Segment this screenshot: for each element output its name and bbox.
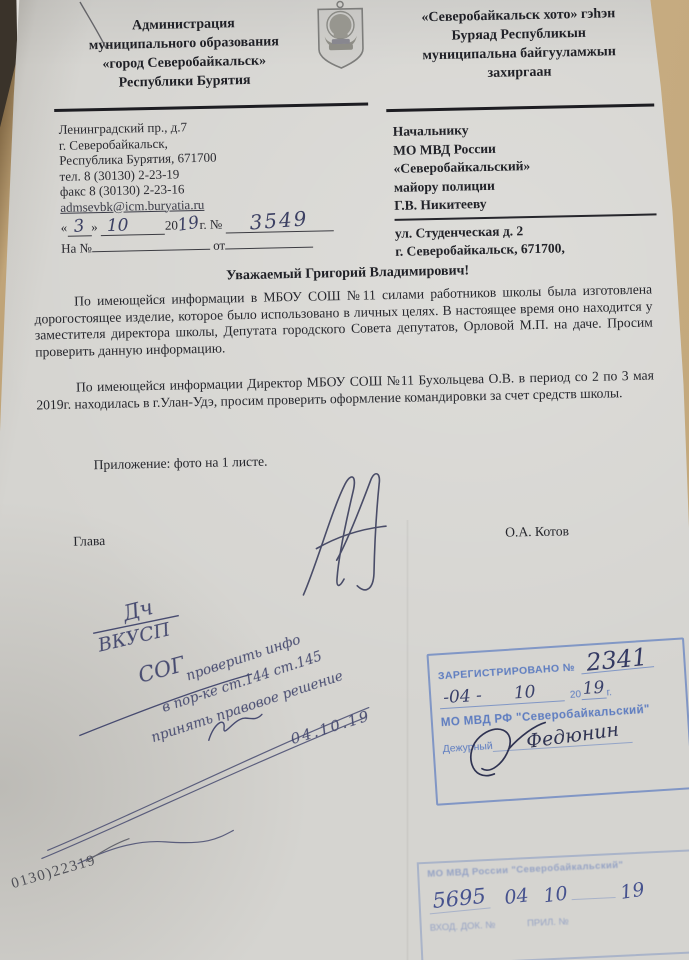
sender-block: Ленинградский пр., д.7 г. Северобайкальс… [58, 116, 361, 256]
stamp-number-handwritten: 2341 [580, 646, 655, 674]
incoming-number-handwritten: 5695 [427, 883, 491, 914]
stamp-year-printed: 20 [570, 689, 582, 701]
body-paragraph-1: По имеющейся информации в МБОУ СОШ №11 с… [34, 282, 653, 361]
stamp-month-handwritten: 10 [513, 682, 536, 703]
incoming-stamp: МО МВД России "Северобайкальский" 5695 0… [417, 849, 689, 960]
incoming-org-line: МО МВД России "Северобайкальский" [427, 856, 689, 880]
incoming-number-row: 5695 04 10 19 [428, 875, 689, 913]
letterhead-left-org: Администрация муниципального образования… [50, 13, 318, 95]
quote-close: » [91, 219, 98, 234]
corner-pen-line [83, 837, 132, 864]
reference-line: На № от [61, 232, 361, 256]
body-paragraph-2: По имеющейся информации Директор МБОУ СО… [36, 368, 655, 414]
number-label: № [210, 217, 223, 232]
handwritten-year: 19 [177, 216, 201, 235]
handwritten-month: 10 [107, 218, 129, 234]
letterhead-left-rule [54, 102, 368, 112]
signer-title: Глава [73, 533, 105, 550]
na-label: На № [61, 240, 92, 256]
incoming-year-handwritten: 19 [618, 879, 645, 904]
registration-stamp: ЗАРЕГИСТРИРОВАНО № 2341 -04 - 10 20 19 г… [426, 637, 689, 805]
incoming-day-handwritten: 04 [503, 884, 530, 909]
ot-label: от [213, 237, 225, 252]
head-signature [285, 467, 413, 610]
letterhead-right-org: «Северобайкальск хото» гэһэн Буряад Респ… [384, 3, 654, 85]
buryatia-coat-of-arms-icon [312, 0, 369, 73]
recipient-block: Начальнику МО МВД России «Северобайкальс… [393, 117, 662, 261]
letterhead-right-rule [386, 103, 654, 112]
attachment-note: Приложение: фото на 1 листе. [93, 454, 267, 474]
handwritten-day: 3 [73, 219, 86, 236]
incoming-footer-line: ВХОД. ДОК. № ПРИЛ. № [430, 910, 689, 934]
letter-content: Администрация муниципального образования… [0, 0, 689, 960]
stamp-year-handwritten: 19 [580, 678, 607, 701]
stamp-day-handwritten: -04 - [439, 685, 487, 709]
salutation: Уважаемый Григорий Владимирович! [163, 262, 533, 286]
document-photo: Администрация муниципального образования… [0, 0, 689, 960]
incoming-month-handwritten: 10 [542, 883, 569, 908]
handwritten-outgoing-number: 3549 [250, 211, 310, 231]
registered-label: ЗАРЕГИСТРИРОВАНО № [438, 662, 576, 683]
stamp-year-suffix: г. [606, 687, 612, 698]
signer-name: О.А. Котов [505, 523, 569, 540]
